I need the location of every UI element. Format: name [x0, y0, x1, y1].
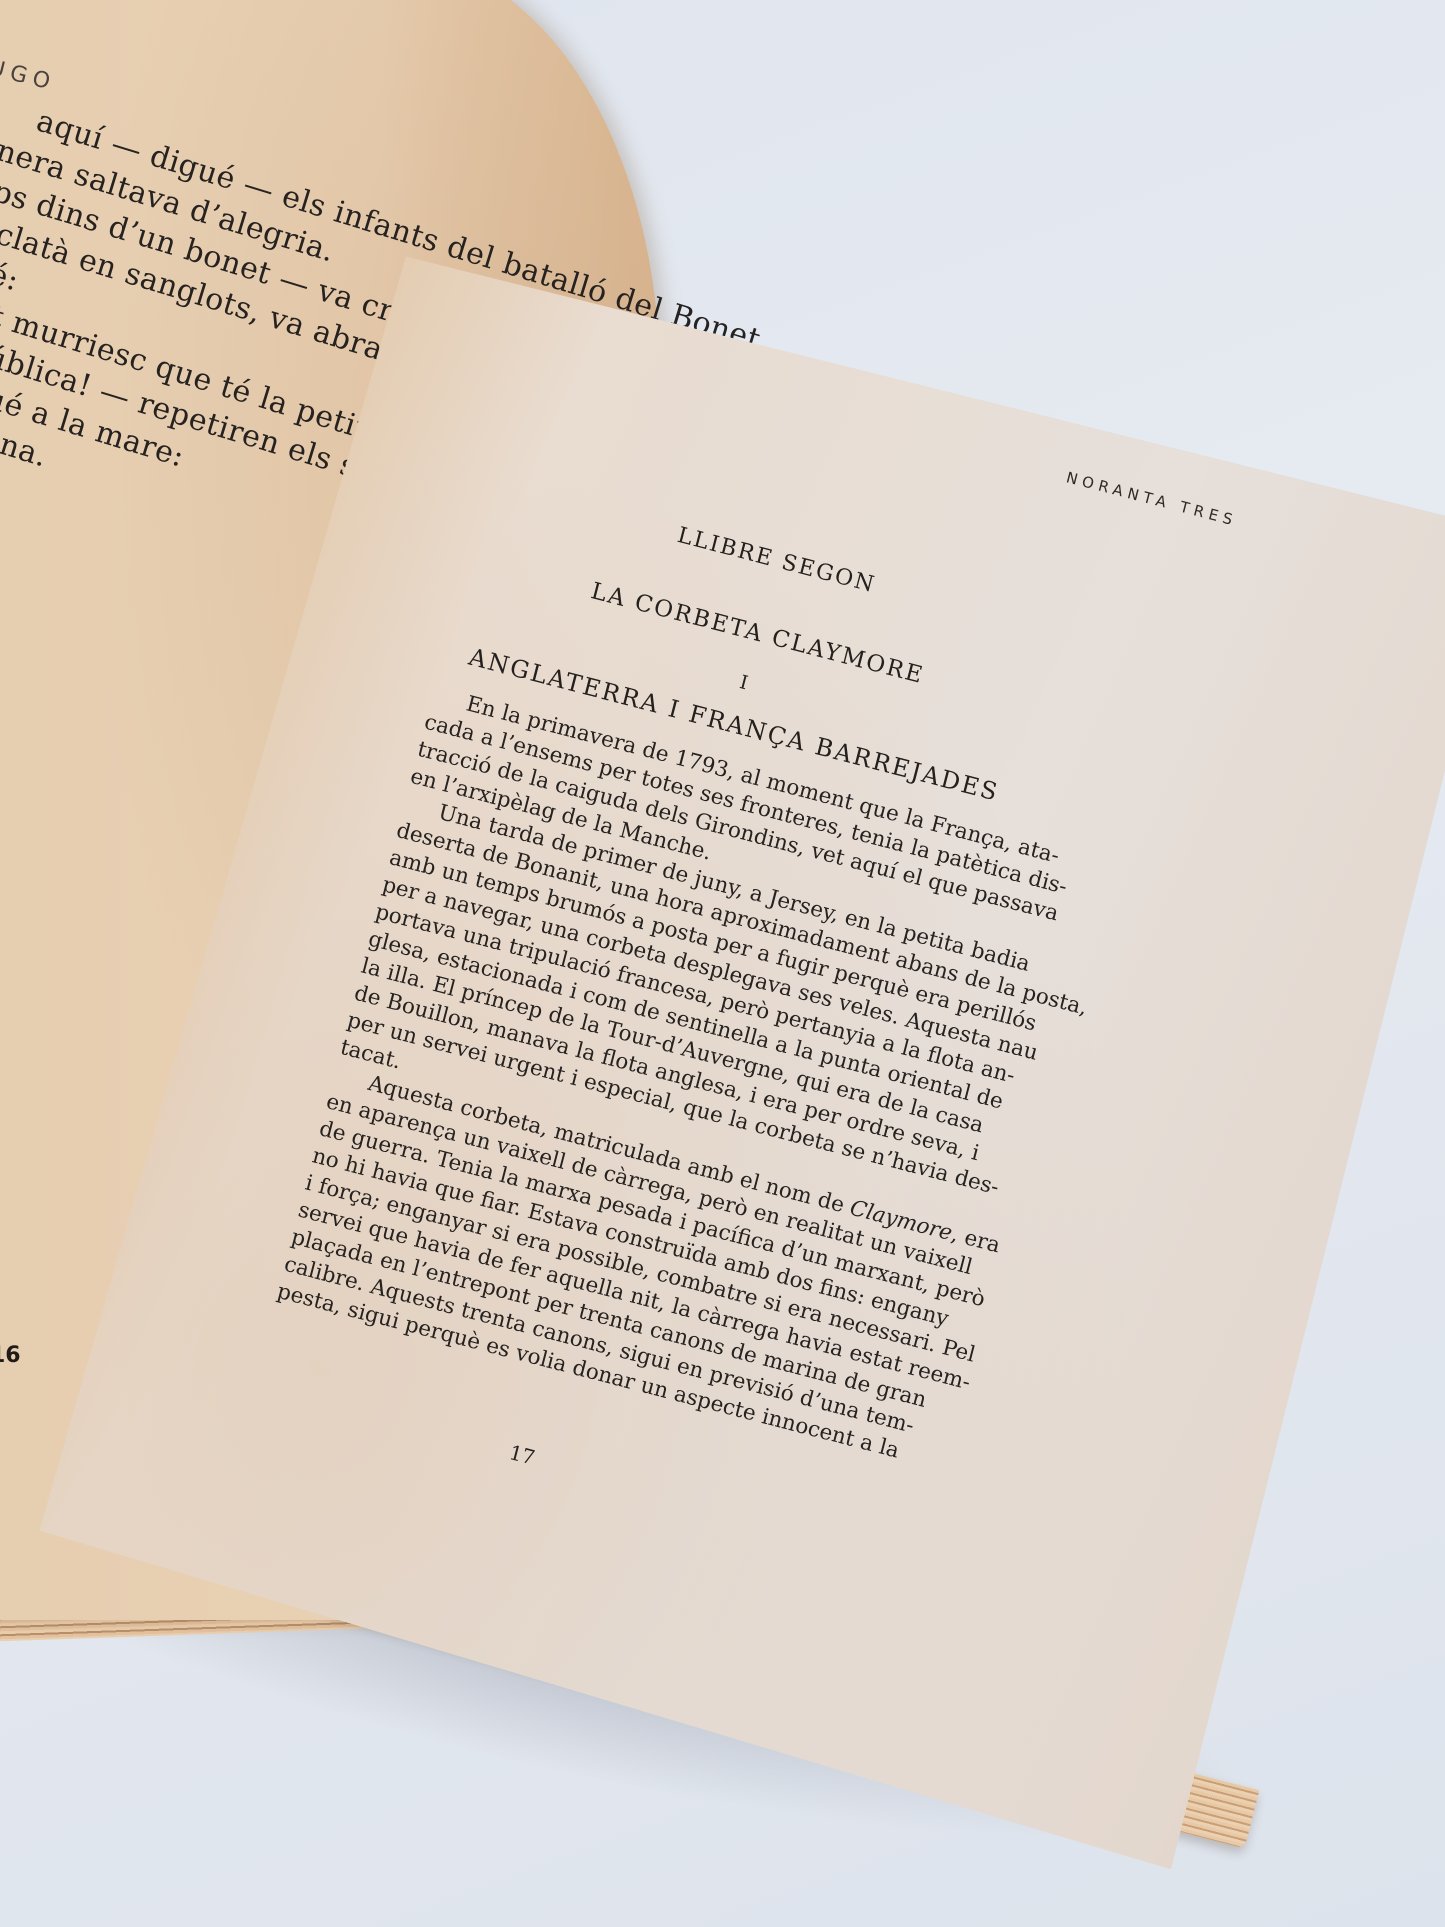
book-photo: HUGO aquí — digué — els infants del bata… — [0, 0, 1445, 1927]
page-number-left: 16 — [0, 1343, 21, 1368]
left-running-head: HUGO — [0, 50, 58, 96]
